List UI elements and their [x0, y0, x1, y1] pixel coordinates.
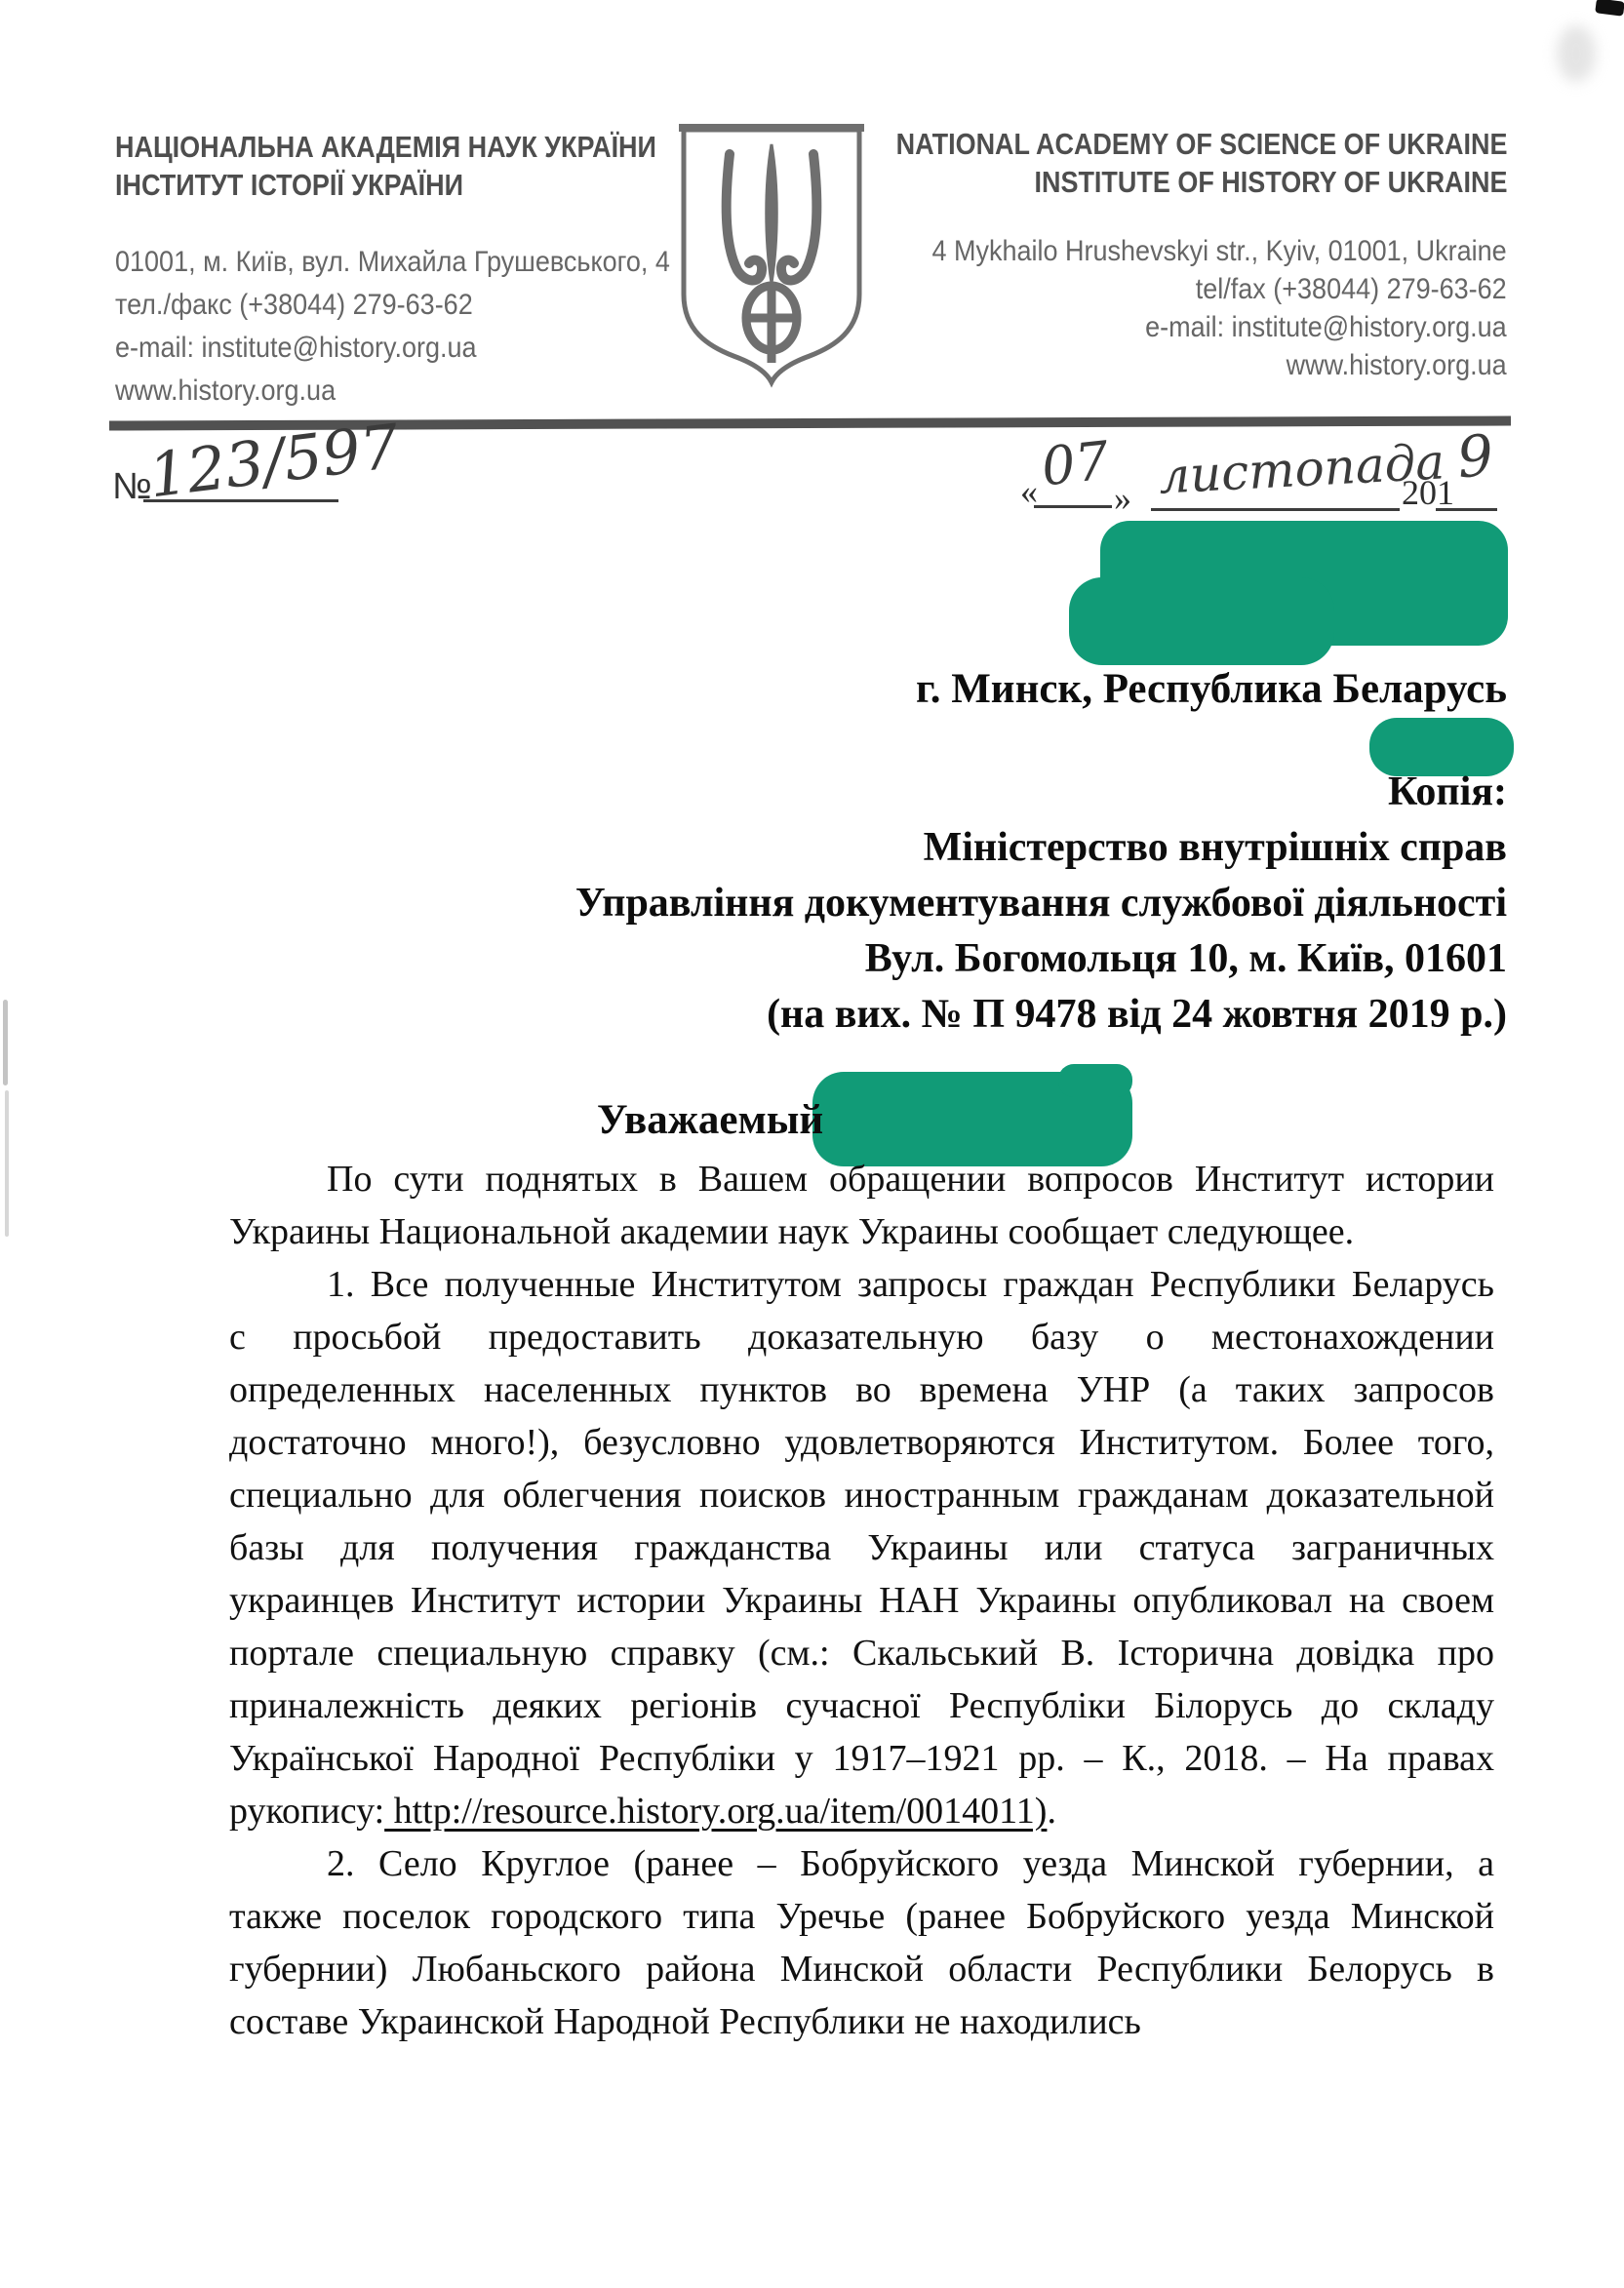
address-line: 01001, м. Київ, вул. Михайла Грушевськог…: [115, 241, 670, 284]
body-line: с просьбой предоставить доказательную ба…: [229, 1311, 1494, 1363]
link-prefix: рукопису:: [229, 1791, 384, 1832]
org-title-en: NATIONAL ACADEMY OF SCIENCE OF UKRAINE: [895, 125, 1507, 163]
letterhead-right-address: 4 Mykhailo Hrushevskyi str., Kyiv, 01001…: [932, 232, 1507, 384]
redaction-blob-recipient: [1069, 577, 1334, 665]
body-line: губернии) Любаньского района Минской обл…: [229, 1943, 1494, 1995]
scanned-letter-page: НАЦІОНАЛЬНА АКАДЕМІЯ НАУК УКРАЇНИ ІНСТИТ…: [0, 0, 1624, 2288]
date-year-digit-handwritten: 9: [1454, 422, 1496, 492]
recipient-city: г. Минск, Республика Беларусь: [916, 665, 1507, 713]
body-line: портале специальную справку (см.: Скальс…: [229, 1627, 1494, 1679]
link-suffix: .: [1047, 1791, 1056, 1832]
scan-ink-blob: [1595, 0, 1624, 17]
scan-smudge: [1557, 25, 1596, 82]
org-title-uk: НАЦІОНАЛЬНА АКАДЕМІЯ НАУК УКРАЇНИ: [115, 128, 656, 166]
body-line: Украины Национальной академии наук Украи…: [229, 1205, 1494, 1258]
ukraine-trident-emblem-icon: [671, 117, 872, 395]
redaction-blob-name: [1058, 1064, 1132, 1097]
copy-line: Вул. Богомольця 10, м. Київ, 01601: [575, 931, 1507, 987]
body-line: базы для получения гражданства Украины и…: [229, 1521, 1494, 1574]
salutation: Уважаемый: [597, 1096, 823, 1144]
letterhead-left-titles: НАЦІОНАЛЬНА АКАДЕМІЯ НАУК УКРАЇНИ ІНСТИТ…: [115, 128, 656, 204]
body-line: Української Народної Республіки у 1917–1…: [229, 1732, 1494, 1785]
date-year-line: [1436, 508, 1497, 511]
body-line: рукопису: http://resource.history.org.ua…: [229, 1785, 1494, 1837]
institute-title-en: INSTITUTE OF HISTORY OF UKRAINE: [895, 163, 1507, 201]
date-day-handwritten: 07: [1039, 430, 1112, 498]
scan-edge-mark: [3, 1000, 8, 1085]
institute-title-uk: ІНСТИТУТ ІСТОРІЇ УКРАЇНИ: [115, 166, 656, 204]
date-day-line: [1034, 505, 1112, 508]
date-close-quote: »: [1114, 478, 1131, 519]
website-line: www.history.org.ua: [932, 346, 1507, 384]
body-line: приналежність деяких регіонів сучасної Р…: [229, 1679, 1494, 1732]
email-line: e-mail: institute@history.org.ua: [115, 327, 670, 370]
body-line: По сути поднятых в Вашем обращении вопро…: [229, 1153, 1494, 1205]
year-printed: 201: [1402, 472, 1454, 513]
copy-label: Копія:: [575, 765, 1507, 820]
copy-block: Копія: Міністерство внутрішніх справ Упр…: [575, 765, 1507, 1043]
phone-line: tel/fax (+38044) 279-63-62: [932, 270, 1507, 308]
body-line: также поселок городского типа Уречье (ра…: [229, 1890, 1494, 1943]
letterhead-right-titles: NATIONAL ACADEMY OF SCIENCE OF UKRAINE I…: [895, 125, 1507, 201]
copy-line: Міністерство внутрішніх справ: [575, 820, 1507, 876]
resource-link[interactable]: http://resource.history.org.ua/item/0014…: [384, 1791, 1047, 1832]
website-line: www.history.org.ua: [115, 370, 670, 413]
scan-edge-mark: [5, 1090, 9, 1237]
email-line: e-mail: institute@history.org.ua: [932, 308, 1507, 346]
copy-line: Управління документування службової діял…: [575, 876, 1507, 931]
phone-line: тел./факс (+38044) 279-63-62: [115, 284, 670, 327]
letter-body: По сути поднятых в Вашем обращении вопро…: [229, 1153, 1494, 2048]
body-line: 2. Село Круглое (ранее – Бобруйского уез…: [229, 1837, 1494, 1890]
date-month-line: [1151, 508, 1400, 511]
body-line: достаточно много!), безусловно удовлетво…: [229, 1416, 1494, 1469]
letterhead-left-address: 01001, м. Київ, вул. Михайла Грушевськог…: [115, 241, 670, 413]
body-line: украинцев Институт истории Украины НАН У…: [229, 1574, 1494, 1627]
address-line: 4 Mykhailo Hrushevskyi str., Kyiv, 01001…: [932, 232, 1507, 270]
body-line: специально для облегчения поисков иностр…: [229, 1469, 1494, 1521]
body-line: определенных населенных пунктов во време…: [229, 1363, 1494, 1416]
body-line: 1. Все полученные Институтом запросы гра…: [229, 1258, 1494, 1311]
body-line: составе Украинской Народной Республики н…: [229, 1995, 1494, 2048]
copy-line: (на вих. № П 9478 від 24 жовтня 2019 р.): [575, 987, 1507, 1043]
